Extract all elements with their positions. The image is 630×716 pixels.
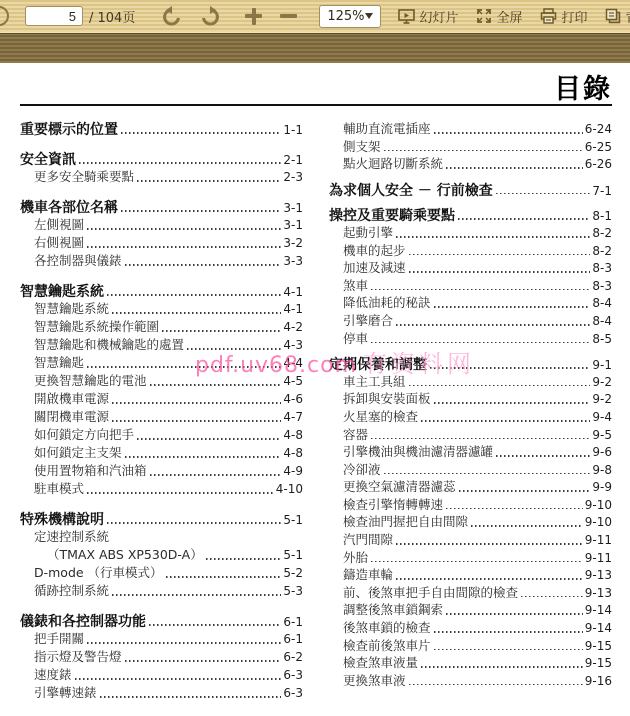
toc-entry-label: 使用置物箱和汽油箱: [34, 461, 147, 479]
toc-entry-label: 車主工具組: [343, 372, 406, 390]
toc-entry[interactable]: 更換空氣濾清器濾蕊9-9: [329, 477, 612, 495]
pdf-viewer-toolbar: / 104页 125% 幻灯片: [0, 0, 630, 33]
toc-entry[interactable]: 右側視圖3-2: [20, 233, 303, 251]
toc-entry[interactable]: 停車8-5: [329, 329, 612, 347]
fullscreen-button[interactable]: 全屏: [476, 7, 523, 26]
toc-entry[interactable]: 把手開關6-1: [20, 629, 303, 647]
print-label: 打印: [562, 7, 588, 26]
toc-entry-label: 鑄造車輪: [343, 565, 393, 583]
background-layers-icon: [605, 8, 621, 24]
dot-leader: [112, 402, 281, 404]
dot-leader: [521, 596, 583, 598]
page-total-label: / 104页: [89, 7, 135, 26]
toc-entry-label: 指示燈及警告燈: [34, 647, 122, 665]
toc-entry-page: 8-1: [592, 209, 612, 223]
toc-entry[interactable]: 各控制器與儀錶3-3: [20, 251, 303, 269]
dot-leader: [421, 666, 583, 668]
dot-leader: [166, 576, 282, 578]
toc-entry[interactable]: 降低油耗的秘訣8-4: [329, 293, 612, 311]
toc-entry[interactable]: 鑄造車輪9-13: [329, 565, 612, 583]
zoom-level-value: 125%: [327, 9, 364, 24]
toc-entry-label: 把手開關: [34, 629, 84, 647]
toc-entry-page: 2-3: [283, 170, 303, 184]
toc-entry[interactable]: 如何鎖定方向把手4-8: [20, 425, 303, 443]
toc-entry-page: 9-8: [592, 463, 612, 477]
toc-entry[interactable]: 機車的起步8-2: [329, 241, 612, 259]
toc-entry-page: 3-2: [283, 236, 303, 250]
toc-entry-page: 9-15: [585, 656, 612, 670]
dot-leader: [149, 624, 281, 626]
toc-entry-label: 檢查引擎惰轉轉速: [343, 495, 443, 513]
toc-entry-label: 檢查前後煞車片: [343, 636, 431, 654]
dot-leader: [384, 150, 583, 152]
toc-section: 儀錶和各控制器功能6-1把手開關6-1指示燈及警告燈6-2速度錶6-3引擎轉速錶…: [20, 611, 303, 701]
toc-entry-page: 9-16: [585, 674, 612, 688]
toc-columns: 重要標示的位置1-1安全資訊2-1更多安全騎乘要點2-3機車各部位名稱3-1左側…: [20, 119, 612, 701]
toc-section: 重要標示的位置1-1: [20, 119, 303, 137]
toc-entry[interactable]: 煞車8-3: [329, 276, 612, 294]
dot-leader: [421, 420, 590, 422]
toc-entry-label: 智慧鑰匙系統: [20, 281, 104, 301]
toc-section: 操控及重要騎乘要點8-1起動引擎8-2機車的起步8-2加速及減速8-3煞車8-3…: [329, 205, 612, 346]
dot-leader: [371, 561, 583, 563]
toc-entry-label: （TMAX ABS XP530D-A）: [47, 545, 203, 563]
toc-entry[interactable]: 為求個人安全 － 行前檢查7-1: [329, 180, 612, 198]
dot-leader: [87, 246, 281, 248]
toc-entry-label: 點火迴路切斷系統: [343, 154, 443, 172]
dot-leader: [434, 306, 591, 308]
dot-leader: [409, 684, 583, 686]
toc-entry-page: 6-1: [283, 615, 303, 629]
toc-section: 機車各部位名稱3-1左側視圖3-1右側視圖3-2各控制器與儀錶3-3: [20, 197, 303, 269]
toc-entry[interactable]: 指示燈及警告燈6-2: [20, 647, 303, 665]
toc-entry-page: 9-9: [592, 480, 612, 494]
dot-leader: [434, 132, 583, 134]
toc-entry[interactable]: （TMAX ABS XP530D-A）5-1: [20, 545, 303, 563]
toc-entry-page: 9-4: [592, 410, 612, 424]
toc-entry-label: 容器: [343, 425, 368, 443]
toc-entry-label: 引擎轉速錶: [34, 683, 97, 701]
dot-leader: [446, 613, 583, 615]
toc-entry-page: 5-3: [283, 584, 303, 598]
toc-entry-page: 8-2: [592, 244, 612, 258]
toc-entry-label: 機車的起步: [343, 241, 406, 259]
toc-entry-label: 煞車: [343, 276, 368, 294]
toc-entry[interactable]: 重要標示的位置1-1: [20, 119, 303, 137]
toc-entry[interactable]: 後煞車鎖的檢查9-14: [329, 618, 612, 636]
toc-entry-page: 5-1: [283, 548, 303, 562]
toc-entry-label: 開啟機車電源: [34, 389, 109, 407]
dot-leader: [125, 660, 282, 662]
toc-entry-page: 3-1: [283, 201, 303, 215]
dot-leader: [137, 438, 281, 440]
toc-entry-label: 檢查油門握把自由間隙: [343, 512, 468, 530]
toc-entry-page: 6-26: [585, 157, 612, 171]
dot-leader: [100, 696, 282, 698]
dot-leader: [75, 678, 282, 680]
toc-entry[interactable]: 更換煞車液9-16: [329, 671, 612, 689]
rotate-ccw-icon: [161, 5, 183, 27]
dot-leader: [150, 474, 282, 476]
toc-entry[interactable]: 機車各部位名稱3-1: [20, 197, 303, 215]
toc-entry-page: 3-1: [283, 218, 303, 232]
toc-entry[interactable]: 汽門間隙9-11: [329, 530, 612, 548]
toc-entry-label: 智慧鑰匙系統操作範圍: [34, 317, 159, 335]
toc-entry-page: 4-8: [283, 428, 303, 442]
toc-entry-label: 引擎磨合: [343, 311, 393, 329]
toc-entry-label: 檢查煞車液量: [343, 653, 418, 671]
toc-entry[interactable]: 特殊機構說明5-1: [20, 509, 303, 527]
toc-entry-page: 6-1: [283, 632, 303, 646]
toc-entry[interactable]: 定期保養和調整9-1: [329, 354, 612, 372]
toc-entry[interactable]: 輔助直流電插座6-24: [329, 119, 612, 137]
dot-leader: [107, 522, 281, 524]
toc-entry[interactable]: 循跡控制系統5-3: [20, 581, 303, 599]
toc-entry-label: 關閉機車電源: [34, 407, 109, 425]
toc-entry[interactable]: 智慧鑰匙系統操作範圍4-2: [20, 317, 303, 335]
dot-leader: [112, 594, 281, 596]
dot-leader: [471, 525, 583, 527]
toc-entry-label: 更換智慧鑰匙的電池: [34, 371, 147, 389]
toc-entry-page: 9-10: [585, 515, 612, 529]
dot-leader: [371, 342, 590, 344]
toc-entry-page: 9-14: [585, 621, 612, 635]
toc-entry-label: 右側視圖: [34, 233, 84, 251]
toc-entry-page: 9-13: [585, 586, 612, 600]
dot-leader: [446, 167, 583, 169]
toc-entry[interactable]: 點火迴路切斷系統6-26: [329, 154, 612, 172]
background-label: 背景: [626, 7, 630, 26]
zoom-out-button[interactable]: [280, 14, 297, 18]
toc-entry-page: 8-4: [592, 296, 612, 310]
toc-entry[interactable]: 起動引擎8-2: [329, 223, 612, 241]
toc-entry-label: 機車各部位名稱: [20, 197, 118, 217]
dot-leader: [87, 228, 281, 230]
toc-entry[interactable]: 檢查油門握把自由間隙9-10: [329, 512, 612, 530]
toc-entry-page: 8-3: [592, 261, 612, 275]
dot-leader: [434, 402, 591, 404]
dot-leader: [430, 367, 590, 369]
toc-entry-page: 8-4: [592, 314, 612, 328]
dot-leader: [87, 642, 281, 644]
toc-entry-label: 起動引擎: [343, 223, 393, 241]
dot-leader: [396, 543, 583, 545]
toc-entry[interactable]: D-mode （行車模式）5-2: [20, 563, 303, 581]
toc-entry-page: 6-2: [283, 650, 303, 664]
toc-entry-label: 更換煞車液: [343, 671, 406, 689]
toc-entry-page: 5-1: [283, 513, 303, 527]
toc-entry-page: 4-1: [283, 302, 303, 316]
toc-section: 智慧鑰匙系統4-1智慧鑰匙系統4-1智慧鑰匙系統操作範圍4-2智慧鑰匙和機械鑰匙…: [20, 281, 303, 497]
toc-entry[interactable]: 開啟機車電源4-6: [20, 389, 303, 407]
toc-entry[interactable]: 速度錶6-3: [20, 665, 303, 683]
page-number-input[interactable]: [25, 6, 83, 26]
page-background-band: [0, 33, 630, 63]
toc-entry[interactable]: 使用置物箱和汽油箱4-9: [20, 461, 303, 479]
toc-entry-label: 外胎: [343, 548, 368, 566]
toc-entry-page: 4-5: [283, 374, 303, 388]
dot-leader: [125, 456, 282, 458]
toc-entry-page: 4-1: [283, 285, 303, 299]
toc-entry[interactable]: 儀錶和各控制器功能6-1: [20, 611, 303, 629]
zoom-level-select[interactable]: 125%: [319, 5, 380, 28]
dot-leader: [496, 193, 591, 195]
dot-leader: [79, 162, 281, 164]
slideshow-label: 幻灯片: [420, 7, 459, 26]
toc-entry-page: 9-13: [585, 568, 612, 582]
toc-entry-label: 特殊機構說明: [20, 509, 104, 529]
toc-entry[interactable]: 更換智慧鑰匙的電池4-5: [20, 371, 303, 389]
toc-entry[interactable]: 側支架6-25: [329, 137, 612, 155]
dot-leader: [396, 578, 583, 580]
toc-entry-label: 前、後煞車把手自由間隙的檢查: [343, 583, 518, 601]
toc-entry-label: 左側視圖: [34, 215, 84, 233]
toc-entry[interactable]: 定速控制系統: [20, 527, 303, 545]
toc-entry[interactable]: 智慧鑰匙4-4: [20, 353, 303, 371]
dot-leader: [206, 558, 282, 560]
toc-entry-page: 4-2: [283, 320, 303, 334]
toc-entry-page: 4-8: [283, 446, 303, 460]
toc-section: 為求個人安全 － 行前檢查7-1: [329, 180, 612, 198]
toc-entry-page: 4-4: [283, 356, 303, 370]
toc-entry[interactable]: 駐車模式4-10: [20, 479, 303, 497]
toc-entry-page: 5-2: [283, 566, 303, 580]
toc-entry-label: 如何鎖定方向把手: [34, 425, 134, 443]
dot-leader: [458, 218, 590, 220]
toc-entry-label: 智慧鑰匙: [34, 353, 84, 371]
toc-entry-label: 如何鎖定主支架: [34, 443, 122, 461]
background-button[interactable]: 背景: [605, 7, 630, 26]
toc-entry[interactable]: 調整後煞車鎖鋼索9-14: [329, 600, 612, 618]
dot-leader: [162, 330, 281, 332]
toc-entry[interactable]: 檢查煞車液量9-15: [329, 653, 612, 671]
dot-leader: [459, 490, 591, 492]
toc-entry-label: 智慧鑰匙系統: [34, 299, 109, 317]
toc-entry[interactable]: 拆卸與安裝面板9-2: [329, 389, 612, 407]
toc-entry-label: 安全資訊: [20, 149, 76, 169]
toc-entry-page: 9-5: [592, 428, 612, 442]
toc-entry-label: 調整後煞車鎖鋼索: [343, 600, 443, 618]
toc-entry[interactable]: 檢查引擎惰轉轉速9-10: [329, 495, 612, 513]
toc-entry-page: 9-6: [592, 445, 612, 459]
toc-entry[interactable]: 檢查前後煞車片9-15: [329, 636, 612, 654]
toc-entry[interactable]: 左側視圖3-1: [20, 215, 303, 233]
toc-entry[interactable]: 智慧鑰匙系統4-1: [20, 281, 303, 299]
dot-leader: [409, 271, 591, 273]
toc-entry-label: 定速控制系統: [34, 527, 109, 545]
clipped-toolbar-icon: [0, 6, 9, 26]
toc-entry-page: 6-3: [283, 686, 303, 700]
toc-entry-label: 汽門間隙: [343, 530, 393, 548]
toc-column-left: 重要標示的位置1-1安全資訊2-1更多安全騎乘要點2-3機車各部位名稱3-1左側…: [20, 119, 303, 701]
dot-leader: [384, 473, 591, 475]
toc-entry[interactable]: 更多安全騎乘要點2-3: [20, 167, 303, 185]
toc-entry-label: 重要標示的位置: [20, 119, 118, 139]
toc-entry-page: 7-1: [592, 184, 612, 198]
toc-entry-page: 9-1: [592, 358, 612, 372]
toc-entry-label: 停車: [343, 329, 368, 347]
toc-entry[interactable]: 關閉機車電源4-7: [20, 407, 303, 425]
fullscreen-label: 全屏: [497, 7, 523, 26]
toc-entry-page: 9-14: [585, 603, 612, 617]
dot-leader: [112, 420, 281, 422]
dot-leader: [396, 236, 590, 238]
toc-entry[interactable]: 車主工具組9-2: [329, 372, 612, 390]
toc-entry[interactable]: 引擎磨合8-4: [329, 311, 612, 329]
toc-entry[interactable]: 操控及重要騎乘要點8-1: [329, 205, 612, 223]
toc-entry-label: 火星塞的檢查: [343, 407, 418, 425]
print-icon: [540, 8, 557, 24]
toc-entry-label: 加速及減速: [343, 258, 406, 276]
toc-entry-page: 2-1: [283, 153, 303, 167]
toc-section: 定期保養和調整9-1車主工具組9-2拆卸與安裝面板9-2火星塞的檢查9-4容器9…: [329, 354, 612, 688]
dot-leader: [107, 294, 281, 296]
dot-leader: [121, 210, 281, 212]
slideshow-icon: [398, 8, 415, 24]
toc-entry-page: 1-1: [283, 123, 303, 137]
toc-entry-label: 降低油耗的秘訣: [343, 293, 431, 311]
toc-entry[interactable]: 智慧鑰匙和機械鑰匙的處置4-3: [20, 335, 303, 353]
dot-leader: [121, 132, 281, 134]
toc-entry-page: 6-3: [283, 668, 303, 682]
toc-entry-page: 9-2: [592, 392, 612, 406]
toc-entry-label: 為求個人安全 － 行前檢查: [329, 180, 493, 200]
toc-entry-page: 4-9: [283, 464, 303, 478]
toc-entry-page: 6-24: [585, 122, 612, 136]
toc-entry-label: D-mode （行車模式）: [34, 563, 163, 581]
toc-column-right: 輔助直流電插座6-24側支架6-25點火迴路切斷系統6-26為求個人安全 － 行…: [329, 119, 612, 701]
toc-entry-page: 6-25: [585, 140, 612, 154]
toc-entry[interactable]: 引擎轉速錶6-3: [20, 683, 303, 701]
dot-leader: [112, 312, 281, 314]
toc-entry[interactable]: 智慧鑰匙系統4-1: [20, 299, 303, 317]
pdf-page: 目錄 重要標示的位置1-1安全資訊2-1更多安全騎乘要點2-3機車各部位名稱3-…: [0, 63, 630, 716]
toc-entry-page: 3-3: [283, 254, 303, 268]
toc-entry[interactable]: 安全資訊2-1: [20, 149, 303, 167]
toc-entry-page: 4-7: [283, 410, 303, 424]
toc-entry-label: 輔助直流電插座: [343, 119, 431, 137]
rotate-ccw-button[interactable]: [161, 5, 183, 27]
dot-leader: [150, 384, 282, 386]
dot-leader: [396, 324, 590, 326]
toc-entry[interactable]: 加速及減速8-3: [329, 258, 612, 276]
toc-entry-label: 儀錶和各控制器功能: [20, 611, 146, 631]
dot-leader: [137, 180, 281, 182]
toc-entry-page: 8-3: [592, 279, 612, 293]
dot-leader: [434, 649, 583, 651]
dot-leader: [409, 254, 591, 256]
toc-section: 安全資訊2-1更多安全騎乘要點2-3: [20, 149, 303, 185]
zoom-in-button[interactable]: [245, 8, 262, 25]
toc-entry-page: 4-3: [283, 338, 303, 352]
slideshow-button[interactable]: 幻灯片: [398, 7, 459, 26]
dot-leader: [434, 631, 583, 633]
toc-entry[interactable]: 如何鎖定主支架4-8: [20, 443, 303, 461]
toc-entry-label: 更多安全騎乘要點: [34, 167, 134, 185]
fullscreen-icon: [476, 8, 492, 24]
toc-section: 特殊機構說明5-1定速控制系統（TMAX ABS XP530D-A）5-1D-m…: [20, 509, 303, 599]
dot-leader: [409, 385, 591, 387]
dot-leader: [87, 492, 274, 494]
toc-entry[interactable]: 前、後煞車把手自由間隙的檢查9-13: [329, 583, 612, 601]
toc-entry-label: 側支架: [343, 137, 381, 155]
toc-section: 輔助直流電插座6-24側支架6-25點火迴路切斷系統6-26: [329, 119, 612, 172]
toc-entry-page: 8-5: [592, 332, 612, 346]
toc-entry-page: 9-15: [585, 639, 612, 653]
toc-entry-label: 冷卻液: [343, 460, 381, 478]
rotate-cw-icon: [199, 5, 221, 27]
toc-entry[interactable]: 外胎9-11: [329, 548, 612, 566]
toc-entry-page: 9-2: [592, 375, 612, 389]
toc-entry-label: 拆卸與安裝面板: [343, 389, 431, 407]
toc-entry-label: 循跡控制系統: [34, 581, 109, 599]
toc-entry-page: 9-10: [585, 498, 612, 512]
toc-entry[interactable]: 火星塞的檢查9-4: [329, 407, 612, 425]
toc-entry-page: 8-2: [592, 226, 612, 240]
toc-entry-page: 4-6: [283, 392, 303, 406]
toc-entry-label: 各控制器與儀錶: [34, 251, 122, 269]
toc-entry-label: 智慧鑰匙和機械鑰匙的處置: [34, 335, 184, 353]
dot-leader: [371, 289, 590, 291]
dot-leader: [496, 455, 590, 457]
toc-entry-label: 更換空氣濾清器濾蕊: [343, 477, 456, 495]
toc-entry-page: 9-11: [585, 551, 612, 565]
dot-leader: [187, 348, 281, 350]
dot-leader: [87, 366, 281, 368]
print-button[interactable]: 打印: [540, 7, 588, 26]
toc-entry-page: 9-11: [585, 533, 612, 547]
rotate-cw-button[interactable]: [199, 5, 221, 27]
title-row: 目錄: [20, 63, 612, 106]
toc-entry-label: 後煞車鎖的檢查: [343, 618, 431, 636]
toc-entry[interactable]: 冷卻液9-8: [329, 460, 612, 478]
toc-entry-page: 4-10: [276, 482, 303, 496]
toc-entry[interactable]: 容器9-5: [329, 425, 612, 443]
toc-entry-label: 駐車模式: [34, 479, 84, 497]
page-title: 目錄: [554, 76, 612, 104]
chevron-down-icon: [365, 13, 373, 19]
toc-entry-label: 速度錶: [34, 665, 72, 683]
toc-entry[interactable]: 引擎機油與機油濾清器濾罐9-6: [329, 442, 612, 460]
toc-entry-label: 引擎機油與機油濾清器濾罐: [343, 442, 493, 460]
dot-leader: [125, 264, 282, 266]
dot-leader: [446, 508, 583, 510]
dot-leader: [371, 438, 590, 440]
